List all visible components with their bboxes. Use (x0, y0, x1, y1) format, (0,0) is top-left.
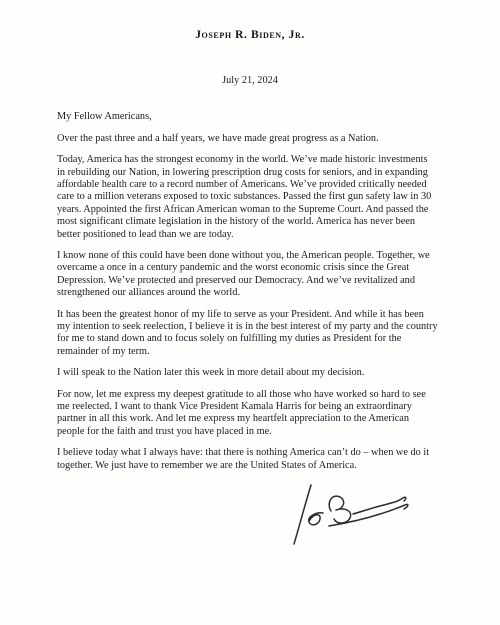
letter-paragraph: I believe today what I always have: that… (57, 447, 438, 472)
letter-body: My Fellow Americans, Over the past three… (57, 111, 438, 547)
salutation: My Fellow Americans, (57, 111, 438, 123)
letter-paragraph: For now, let me express my deepest grati… (57, 389, 438, 439)
joe-biden-signature (285, 481, 420, 547)
letter-page: Joseph R. Biden, Jr. July 21, 2024 My Fe… (0, 0, 500, 625)
letter-date: July 21, 2024 (0, 75, 500, 87)
letter-paragraph: I know none of this could have been done… (57, 250, 438, 300)
signature-icon (285, 481, 420, 547)
letter-paragraph: I will speak to the Nation later this we… (57, 367, 438, 379)
letter-paragraph: It has been the greatest honor of my lif… (57, 309, 438, 359)
letter-paragraphs: Over the past three and a half years, we… (57, 133, 438, 472)
letterhead-name: Joseph R. Biden, Jr. (0, 28, 500, 42)
letter-paragraph: Over the past three and a half years, we… (57, 133, 438, 145)
letter-paragraph: Today, America has the strongest economy… (57, 154, 438, 241)
